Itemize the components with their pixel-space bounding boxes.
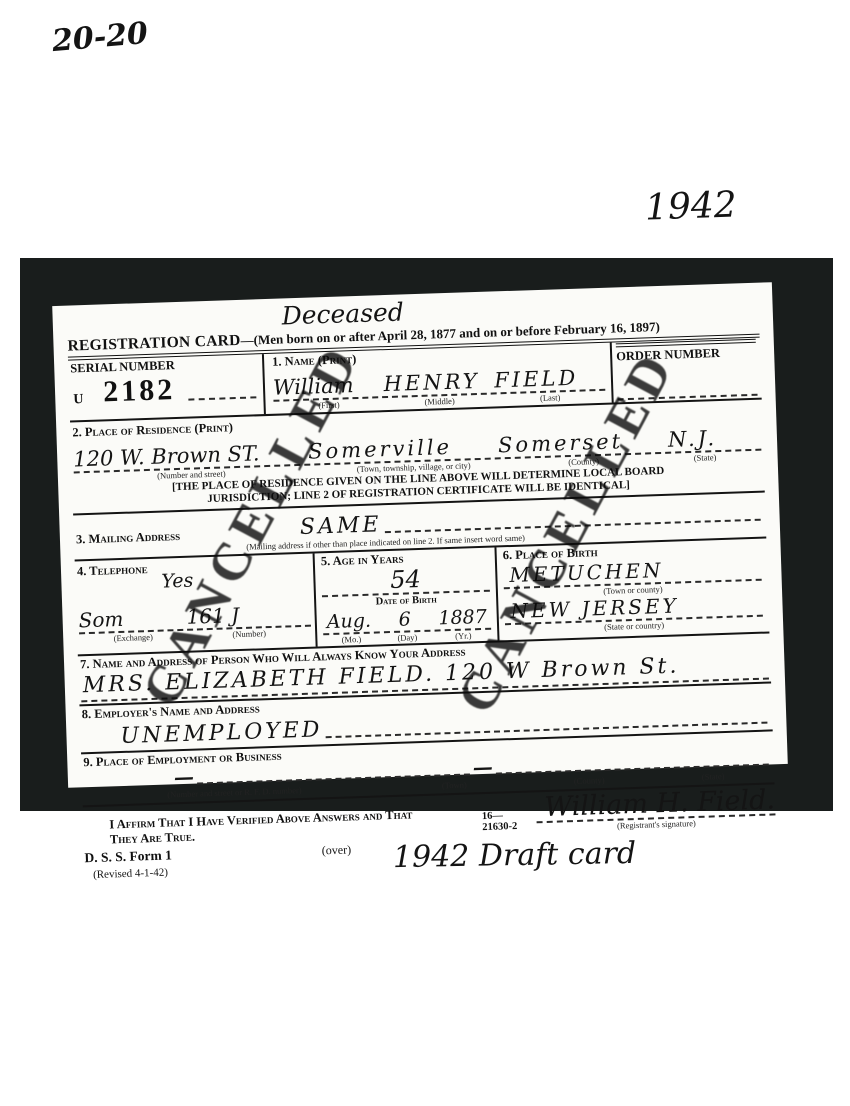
order-number-cell: ORDER NUMBER (612, 338, 762, 403)
mailing-value: SAME (300, 512, 382, 540)
over-note: (over) (322, 842, 352, 858)
residence-state-value: N.J. (668, 426, 718, 452)
annotation-top-left: 20-20 (51, 16, 150, 59)
name-middle-value: HENRY (383, 368, 494, 396)
serial-value: 2182 (103, 375, 176, 407)
print-code: 16—21630-2 (482, 810, 527, 833)
telephone-exchange-value: Som (78, 605, 187, 633)
residence-town-value: Somerville (308, 433, 499, 463)
serial-number-line: U 2182 (71, 372, 260, 408)
age-value: 54 (321, 564, 490, 598)
telephone-number-value: 161 J (186, 603, 239, 629)
residence-label: 2. Place of Residence (Print) (72, 420, 233, 439)
form-id-block: D. S. S. Form 1 (Revised 4-1-42) (84, 848, 172, 883)
telephone-sub-exchange: (Exchange) (79, 631, 187, 645)
birth-cell: 6. Place of Birth METUCHEN (Town or coun… (494, 539, 769, 641)
telephone-label: 4. Telephone (77, 562, 148, 578)
serial-number-cell: SERIAL NUMBER U 2182 (68, 354, 266, 420)
dob-sub-year: (Yr.) (435, 630, 491, 642)
employer-value: UNEMPLOYED (120, 717, 323, 749)
annotation-year-1942: 1942 (644, 184, 737, 228)
employment-dash-1: — (174, 765, 195, 790)
telephone-cell: 4. Telephone Yes Som 161 J (Exchange) (N… (75, 554, 316, 655)
residence-county-value: Somerset (498, 428, 669, 458)
serial-dotted-line (188, 396, 256, 400)
age-cell: 5. Age in Years 54 Date of Birth Aug. 6 … (313, 548, 498, 647)
dob-day-value: 6 (398, 608, 411, 630)
telephone-note-value: Yes (161, 570, 194, 593)
order-number-label: ORDER NUMBER (616, 339, 757, 365)
order-number-blank-line (617, 368, 758, 401)
name-last-value: FIELD (494, 365, 605, 393)
signature-block: William H. Field. (Registrant's signatur… (536, 787, 776, 833)
dob-sub-month: (Mo.) (323, 633, 379, 645)
registration-card: Deceased REGISTRATION CARD—(Men born on … (52, 282, 788, 788)
scan-frame: Deceased REGISTRATION CARD—(Men born on … (20, 258, 833, 811)
form-id: D. S. S. Form 1 (84, 848, 172, 865)
dob-month-value: Aug. (326, 610, 371, 633)
telephone-values: Som 161 J (77, 573, 311, 635)
name-first-value: William (273, 372, 384, 400)
serial-prefix: U (73, 392, 84, 408)
mailing-label: 3. Mailing Address (76, 529, 181, 547)
dob-year-value: 1887 (438, 606, 487, 630)
name-cell: 1. Name (Print) William HENRY FIELD (Fir… (264, 343, 614, 415)
dob-sub-day: (Day) (379, 632, 435, 644)
card-title-main: REGISTRATION CARD (67, 332, 241, 355)
employment-dash-2: — (472, 755, 493, 780)
form-revised: (Revised 4-1-42) (93, 867, 168, 881)
